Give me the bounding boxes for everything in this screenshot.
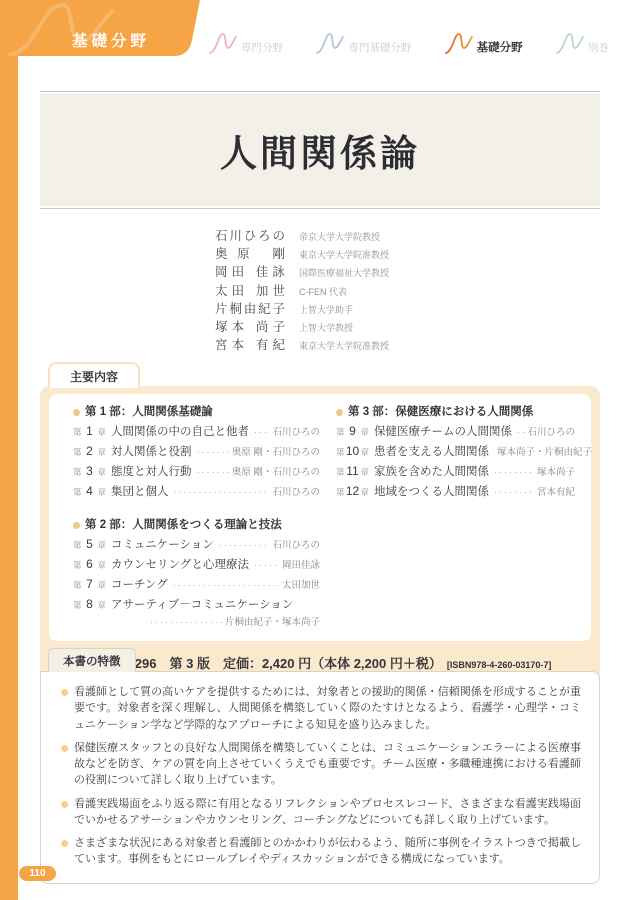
chapter-authors: 石川ひろの (272, 483, 320, 502)
dot-leader (173, 576, 279, 595)
catalog-page: 基礎分野 専門分野 専門基礎分野 基礎分野 別巻 人間関係論 石川ひろの 帝京大… (0, 0, 637, 900)
chapter-number: 第 8 章 (73, 595, 106, 615)
dot-leader (517, 423, 524, 442)
chapter-number: 第 12 章 (336, 482, 369, 502)
chapter-number: 第 5 章 (73, 535, 106, 555)
feature-item: 看護師として質の高いケアを提供するためには、対象者との援助的関係・信頼関係を形成… (61, 684, 581, 733)
chapter-list: 第 1 章 人間関係の中の自己と他者 石川ひろの 第 2 章 対人関係と役割 奥… (73, 422, 320, 502)
chapter-number-prefix: 第 (336, 483, 345, 502)
chapter-number: 第 7 章 (73, 575, 106, 595)
contents-columns: 第 1 部：人間関係基礎論 第 1 章 人間関係の中の自己と他者 石川ひろの 第… (49, 394, 591, 641)
dot-leader (219, 536, 270, 555)
chapter-number-suffix: 章 (97, 483, 106, 502)
chapter-number-prefix: 第 (73, 556, 82, 575)
dot-leader (254, 556, 279, 575)
author-affiliation: 東京大学大学院准教授 (299, 339, 389, 352)
chapter-number: 第 2 章 (73, 442, 106, 462)
chapter-authors: 石川ひろの (272, 423, 320, 442)
chapter-number-value: 7 (86, 575, 93, 594)
chapter-number: 第 1 章 (73, 422, 106, 442)
nav-tab-label: 専門分野 (241, 40, 283, 56)
chapter-authors: 塚本尚子・片桐由紀子 (497, 443, 592, 462)
chapter-authors: 塚本尚子 (537, 463, 575, 482)
chapter-number-suffix: 章 (360, 463, 369, 482)
dot-leader (197, 463, 229, 482)
chapter-number-value: 9 (349, 422, 356, 441)
chapter-row: 第 8 章 アサーティブ－コミュニケーション 片桐由紀子・塚本尚子 (73, 595, 320, 615)
category-nav: 専門分野 専門基礎分野 基礎分野 別巻 (208, 28, 609, 56)
chapter-row: 第 6 章 カウンセリングと心理療法 岡田佳詠 (73, 555, 320, 575)
chapter-title: コーチング (111, 576, 168, 595)
wave-logo-icon (555, 31, 585, 56)
nav-tab-label: 専門基礎分野 (348, 40, 411, 56)
author-row: 岡田 佳詠 国際医療福祉大学教授 (215, 262, 389, 280)
wave-logo-icon (444, 31, 474, 56)
feature-text: さまざまな状況にある対象者と看護師とのかかわりが伝わるよう、随所に事例をイラスト… (74, 835, 581, 868)
chapter-authors: 片桐由紀子・塚本尚子 (225, 616, 320, 630)
contents-section-label: 主要内容 (48, 362, 140, 388)
author-name: 塚本 尚子 (215, 317, 285, 335)
author-row: 宮本 有紀 東京大学大学院准教授 (215, 335, 389, 353)
nav-tab[interactable]: 基礎分野 (444, 31, 523, 56)
category-banner-label: 基礎分野 (72, 29, 150, 51)
chapter-number-suffix: 章 (97, 463, 106, 482)
chapter-number-value: 6 (86, 555, 93, 574)
author-row: 奥原 剛 東京大学大学院准教授 (215, 244, 389, 262)
chapter-number-suffix: 章 (97, 596, 106, 615)
chapter-number-suffix: 章 (360, 443, 369, 462)
chapter-number-prefix: 第 (73, 576, 82, 595)
dot-leader (494, 483, 534, 502)
chapter-number-value: 3 (86, 462, 93, 481)
toc-part: 第 1 部：人間関係基礎論 第 1 章 人間関係の中の自己と他者 石川ひろの 第… (73, 403, 320, 502)
bullet-icon (61, 745, 68, 752)
author-affiliation: 上智大学教授 (299, 321, 353, 334)
chapter-number: 第 3 章 (73, 462, 106, 482)
bullet-icon (336, 409, 343, 416)
chapter-number: 第 4 章 (73, 482, 106, 502)
chapter-title: 保健医療チームの人間関係 (374, 423, 512, 442)
bullet-icon (61, 801, 68, 808)
nav-tab[interactable]: 別巻 (555, 31, 609, 56)
wave-logo-icon (315, 31, 345, 56)
chapter-number-prefix: 第 (336, 423, 345, 442)
chapter-authors-continued: 片桐由紀子・塚本尚子 (145, 615, 320, 630)
category-banner: 基礎分野 (0, 0, 200, 56)
chapter-row: 第 11 章 家族を含めた人間関係 塚本尚子 (336, 462, 575, 482)
feature-text: 看護師として質の高いケアを提供するためには、対象者との援助的関係・信頼関係を形成… (74, 684, 581, 733)
chapter-title: カウンセリングと心理療法 (111, 556, 249, 575)
chapter-number-suffix: 章 (97, 443, 106, 462)
chapter-authors: 太田加世 (282, 576, 320, 595)
chapter-number-suffix: 章 (360, 483, 369, 502)
chapter-row: 第 12 章 地域をつくる人間関係 宮本有紀 (336, 482, 575, 502)
contents-column-left: 第 1 部：人間関係基礎論 第 1 章 人間関係の中の自己と他者 石川ひろの 第… (73, 403, 320, 633)
chapter-number: 第 10 章 (336, 442, 369, 462)
author-list: 石川ひろの 帝京大学大学院教授 奥原 剛 東京大学大学院准教授 岡田 佳詠 国際… (215, 226, 389, 353)
feature-text: 保健医療スタッフとの良好な人間関係を構築していくことは、コミュニケーションエラー… (74, 740, 581, 789)
chapter-row: 第 4 章 集団と個人 石川ひろの (73, 482, 320, 502)
chapter-number-value: 12 (346, 482, 359, 501)
chapter-number-prefix: 第 (73, 423, 82, 442)
chapter-number-value: 11 (346, 462, 358, 481)
left-accent-bar (0, 0, 18, 900)
chapter-title: 集団と個人 (111, 483, 169, 502)
chapter-number-suffix: 章 (97, 576, 106, 595)
chapter-title: 地域をつくる人間関係 (374, 483, 489, 502)
chapter-number: 第 6 章 (73, 555, 106, 575)
chapter-number-suffix: 章 (97, 536, 106, 555)
author-affiliation: 帝京大学大学院教授 (299, 230, 380, 243)
chapter-row: 第 3 章 態度と対人行動 奥原 剛・石川ひろの (73, 462, 320, 482)
wave-logo-icon (208, 31, 238, 56)
divider (40, 208, 600, 209)
contents-box: 第 1 部：人間関係基礎論 第 1 章 人間関係の中の自己と他者 石川ひろの 第… (40, 386, 600, 686)
chapter-number-value: 10 (346, 442, 359, 461)
divider (40, 91, 600, 92)
chapter-number-prefix: 第 (73, 536, 82, 555)
chapter-number-prefix: 第 (336, 463, 345, 482)
page-number-badge: 110 (19, 866, 56, 881)
author-row: 太田 加世 C-FEN 代表 (215, 281, 389, 299)
chapter-authors: 奥原 剛・石川ひろの (232, 443, 320, 462)
author-row: 片桐由紀子 上智大学助手 (215, 299, 389, 317)
bullet-icon (73, 409, 80, 416)
chapter-number-value: 4 (86, 482, 93, 501)
chapter-row: 第 7 章 コーチング 太田加世 (73, 575, 320, 595)
dot-leader (494, 463, 534, 482)
author-affiliation: 東京大学大学院准教授 (299, 248, 389, 261)
chapter-number: 第 9 章 (336, 422, 369, 442)
chapter-row: 第 1 章 人間関係の中の自己と他者 石川ひろの (73, 422, 320, 442)
features-box: 看護師として質の高いケアを提供するためには、対象者との援助的関係・信頼関係を形成… (40, 671, 600, 884)
features-section: 本書の特徴 看護師として質の高いケアを提供するためには、対象者との援助的関係・信… (40, 648, 600, 884)
chapter-row: 第 10 章 患者を支える人間関係 塚本尚子・片桐由紀子 (336, 442, 575, 462)
bullet-icon (61, 840, 68, 847)
features-section-label: 本書の特徴 (48, 648, 136, 672)
nav-tab[interactable]: 専門分野 (208, 31, 283, 56)
chapter-number: 第 11 章 (336, 462, 369, 482)
chapter-title: 態度と対人行動 (111, 463, 192, 482)
chapter-number-prefix: 第 (73, 463, 82, 482)
author-row: 塚本 尚子 上智大学教授 (215, 317, 389, 335)
toc-part: 第 2 部：人間関係をつくる理論と技法 第 5 章 コミュニケーション 石川ひろ… (73, 516, 320, 630)
chapter-number-suffix: 章 (360, 423, 369, 442)
feature-item: 保健医療スタッフとの良好な人間関係を構築していくことは、コミュニケーションエラー… (61, 740, 581, 789)
dot-leader (254, 423, 269, 442)
title-box: 人間関係論 (40, 94, 600, 206)
part-heading-label: 第 2 部：人間関係をつくる理論と技法 (85, 516, 282, 535)
author-name: 太田 加世 (215, 281, 285, 299)
chapter-authors: 宮本有紀 (537, 483, 575, 502)
chapter-title: 人間関係の中の自己と他者 (111, 423, 249, 442)
chapter-title: 患者を支える人間関係 (374, 443, 489, 462)
contents-section: 主要内容 第 1 部：人間関係基礎論 第 1 章 人間関係の中の自己と他者 石川… (40, 362, 600, 686)
author-name: 石川ひろの (215, 226, 285, 244)
chapter-number-prefix: 第 (73, 596, 82, 615)
chapter-number-prefix: 第 (73, 443, 82, 462)
nav-tab-label: 別巻 (588, 40, 609, 56)
author-affiliation: 国際医療福祉大学教授 (299, 266, 389, 279)
chapter-number-suffix: 章 (97, 423, 106, 442)
chapter-row: 第 5 章 コミュニケーション 石川ひろの (73, 535, 320, 555)
dot-leader (174, 483, 270, 502)
bullet-icon (73, 522, 80, 529)
chapter-title: 家族を含めた人間関係 (374, 463, 489, 482)
chapter-number-value: 2 (86, 442, 93, 461)
part-heading: 第 3 部：保健医療における人間関係 (336, 403, 575, 422)
title-band: 人間関係論 (40, 91, 600, 209)
feature-item: 看護実践場面をふり返る際に有用となるリフレクションやプロセスレコード、さまざまな… (61, 796, 581, 829)
bullet-icon (61, 689, 68, 696)
feature-item: さまざまな状況にある対象者と看護師とのかかわりが伝わるよう、随所に事例をイラスト… (61, 835, 581, 868)
dot-leader (197, 443, 229, 462)
chapter-row: 第 2 章 対人関係と役割 奥原 剛・石川ひろの (73, 442, 320, 462)
chapter-title: アサーティブ－コミュニケーション (111, 596, 293, 615)
part-heading: 第 1 部：人間関係基礎論 (73, 403, 320, 422)
author-name: 片桐由紀子 (215, 299, 285, 317)
chapter-authors: 奥原 剛・石川ひろの (232, 463, 320, 482)
chapter-number-value: 1 (86, 422, 93, 441)
chapter-list: 第 5 章 コミュニケーション 石川ひろの 第 6 章 カウンセリングと心理療法… (73, 535, 320, 630)
contents-column-right: 第 3 部：保健医療における人間関係 第 9 章 保健医療チームの人間関係 石川… (336, 403, 575, 633)
author-name: 奥原 剛 (215, 244, 285, 262)
author-name: 宮本 有紀 (215, 335, 285, 353)
author-affiliation: C-FEN 代表 (299, 285, 347, 298)
author-row: 石川ひろの 帝京大学大学院教授 (215, 226, 389, 244)
part-heading-label: 第 1 部：人間関係基礎論 (85, 403, 213, 422)
dot-leader (150, 615, 222, 629)
part-heading-label: 第 3 部：保健医療における人間関係 (348, 403, 533, 422)
chapter-title: コミュニケーション (111, 536, 214, 555)
part-heading: 第 2 部：人間関係をつくる理論と技法 (73, 516, 320, 535)
nav-tab[interactable]: 専門基礎分野 (315, 31, 411, 56)
toc-part: 第 3 部：保健医療における人間関係 第 9 章 保健医療チームの人間関係 石川… (336, 403, 575, 502)
author-affiliation: 上智大学助手 (299, 303, 353, 316)
chapter-authors: 石川ひろの (272, 536, 320, 555)
author-name: 岡田 佳詠 (215, 262, 285, 280)
chapter-number-value: 8 (86, 595, 93, 614)
chapter-number-prefix: 第 (73, 483, 82, 502)
chapter-title: 対人関係と役割 (111, 443, 192, 462)
chapter-authors: 岡田佳詠 (282, 556, 320, 575)
chapter-row: 第 9 章 保健医療チームの人間関係 石川ひろの (336, 422, 575, 442)
chapter-list: 第 9 章 保健医療チームの人間関係 石川ひろの 第 10 章 患者を支える人間… (336, 422, 575, 502)
nav-tab-label: 基礎分野 (477, 39, 523, 56)
chapter-authors: 石川ひろの (527, 423, 575, 442)
chapter-number-value: 5 (86, 535, 93, 554)
chapter-number-prefix: 第 (336, 443, 345, 462)
chapter-number-suffix: 章 (97, 556, 106, 575)
book-title: 人間関係論 (220, 123, 420, 177)
feature-text: 看護実践場面をふり返る際に有用となるリフレクションやプロセスレコード、さまざまな… (74, 796, 581, 829)
